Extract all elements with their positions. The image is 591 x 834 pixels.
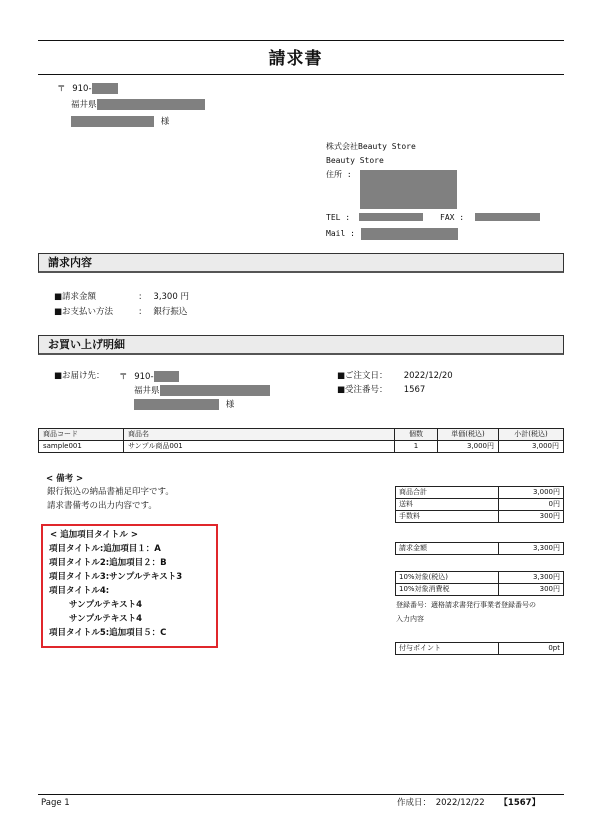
sender-fax-label: FAX :: [440, 212, 464, 223]
items-table-header: 商品コード 商品名 個数 単価(税込) 小計(税込): [39, 429, 564, 441]
redacted-delivery-address: [160, 385, 270, 396]
table-row: 10%対象消費税300円: [396, 584, 564, 596]
table-row: 手数料300円: [396, 511, 564, 523]
recipient-name: 様: [71, 116, 169, 128]
delivery-name: 様: [134, 399, 234, 411]
created-date: 作成日： 2022/12/22 【1567】: [397, 798, 540, 809]
page-number: Page 1: [41, 798, 70, 809]
table-row: 商品合計3,000円: [396, 487, 564, 499]
total-table: 請求金額3,300円: [395, 542, 564, 555]
additional-item-line: 項目タイトル2:追加項目２：B: [49, 558, 167, 569]
payment-method-row: ■お支払い方法 : 銀行振込: [54, 307, 187, 318]
points-table: 付与ポイント0pt: [395, 642, 564, 655]
table-row: sample001 サンプル商品001 1 3,000円 3,000円: [39, 441, 564, 453]
additional-item-line: 項目タイトル:追加項目１：A: [49, 544, 161, 555]
redacted-postal: [92, 83, 118, 94]
postal-mark-icon: 〒: [57, 84, 66, 94]
order-number-row: ■受注番号： 1567: [337, 385, 425, 396]
table-row: 請求金額3,300円: [396, 543, 564, 555]
remarks-line: 銀行振込の納品書補足印字です。: [47, 487, 174, 498]
additional-item-line: サンプルテキスト4: [69, 600, 142, 611]
table-row: 10%対象(税込)3,300円: [396, 572, 564, 584]
recipient-postal: 〒 910-: [57, 83, 118, 95]
redacted-address: [97, 99, 205, 110]
table-row: 送料0円: [396, 499, 564, 511]
redacted-mail: [361, 228, 458, 240]
additional-item-line: 項目タイトル4:: [49, 586, 109, 597]
document-title: 請求書: [0, 44, 591, 69]
delivery-address: 福井県: [134, 385, 270, 397]
postal-mark-icon: 〒: [119, 372, 128, 382]
sender-company: 株式会社Beauty Store: [326, 141, 416, 152]
sender-address-label: 住所 :: [326, 169, 352, 180]
recipient-address: 福井県: [71, 99, 205, 111]
purchase-section-header: お買い上げ明細: [38, 335, 564, 355]
delivery-label: ■お届け先：: [54, 371, 105, 382]
additional-items-heading: < 追加項目タイトル >: [50, 530, 138, 541]
billing-amount-row: ■請求金額 : 3,300 円: [54, 292, 189, 303]
remarks-line: 請求書備考の出力内容です。: [47, 501, 157, 512]
delivery-postal: 〒 910-: [119, 371, 179, 383]
registration-note: 入力内容: [396, 614, 424, 625]
sender-tel-label: TEL :: [326, 212, 350, 223]
redacted-name: [71, 116, 154, 127]
subtotal-table: 商品合計3,000円 送料0円 手数料300円: [395, 486, 564, 523]
sender-mail-label: Mail :: [326, 228, 355, 239]
footer-rule: [38, 794, 564, 795]
items-table: 商品コード 商品名 個数 単価(税込) 小計(税込) sample001 サンプ…: [38, 428, 564, 453]
redacted-delivery-name: [134, 399, 219, 410]
redacted-sender-address: [360, 170, 457, 209]
billing-section-header: 請求内容: [38, 253, 564, 273]
redacted-tel: [359, 213, 423, 221]
additional-item-line: サンプルテキスト4: [69, 614, 142, 625]
order-date-row: ■ご注文日： 2022/12/20: [337, 371, 453, 382]
redacted-fax: [475, 213, 540, 221]
tax-table: 10%対象(税込)3,300円 10%対象消費税300円: [395, 571, 564, 596]
sender-shop: Beauty Store: [326, 155, 384, 166]
additional-item-line: 項目タイトル3:サンプルテキスト3: [49, 572, 182, 583]
remarks-heading: < 備考 >: [46, 474, 83, 485]
redacted-delivery-postal: [154, 371, 179, 382]
additional-item-line: 項目タイトル5:追加項目５：C: [49, 628, 166, 639]
table-row: 付与ポイント0pt: [396, 643, 564, 655]
title-top-rule: [38, 40, 564, 41]
registration-note: 登録番号：適格請求書発行事業者登録番号の: [396, 600, 536, 611]
title-bottom-rule: [38, 74, 564, 75]
